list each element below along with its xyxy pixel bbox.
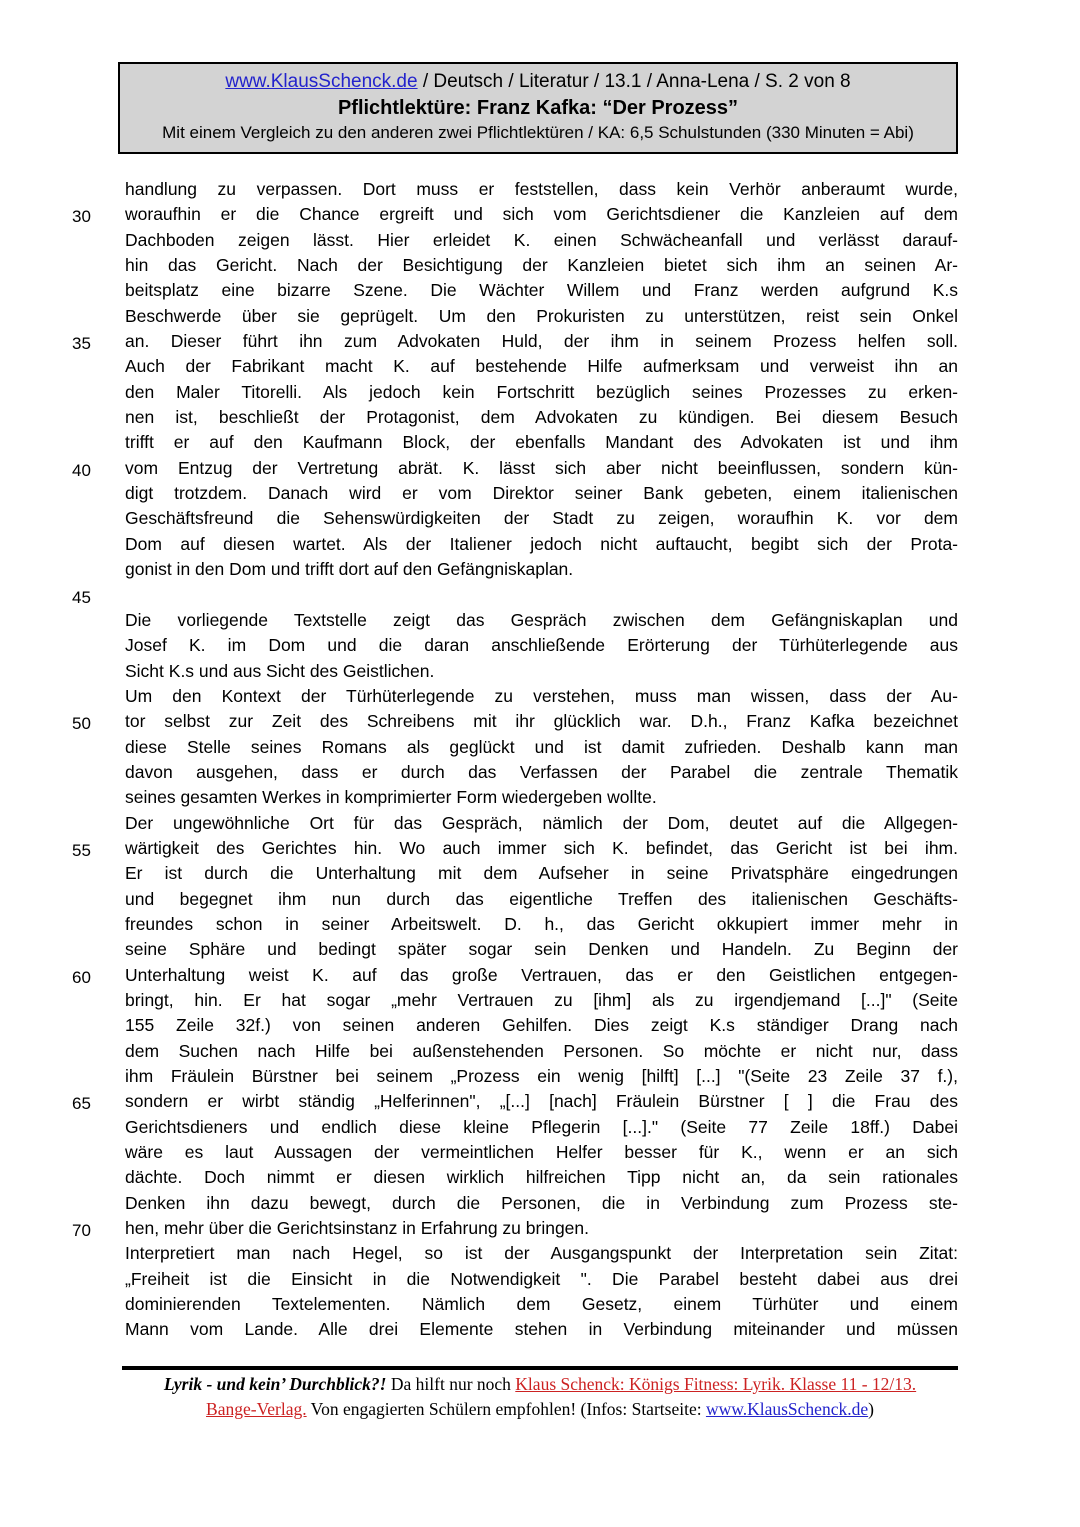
footer-mid-text: Von engagierten Schülern empfohlen! (Inf… <box>307 1399 706 1419</box>
body-line-row: 65sondern er wirbt ständig „Helferinnen"… <box>0 1089 1080 1114</box>
body-line-text: handlung zu verpassen. Dort muss er fest… <box>125 177 958 202</box>
line-number: 50 <box>72 711 91 736</box>
body-line-row: 30woraufhin er die Chance ergreift und s… <box>0 202 1080 227</box>
body-line-row: 155 Zeile 32f.) von seinen anderen Gehil… <box>0 1013 1080 1038</box>
body-line-text: wäre es laut Aussagen der vermeintlichen… <box>125 1140 958 1165</box>
body-line-row: 70hen, mehr über die Gerichtsinstanz in … <box>0 1216 1080 1241</box>
line-number: 60 <box>72 965 91 990</box>
body-line-text: wärtigkeit des Gerichtes hin. Wo auch im… <box>125 836 958 861</box>
body-line-row: dominierenden Textelementen. Nämlich dem… <box>0 1292 1080 1317</box>
body-line-text: dächte. Doch nimmt er diesen wirklich hi… <box>125 1165 958 1190</box>
body-line-row: bringt, hin. Er hat sogar „mehr Vertraue… <box>0 988 1080 1013</box>
body-line-row: dem Suchen nach Hilfe bei außenstehenden… <box>0 1039 1080 1064</box>
body-line-row: seine Sphäre und bedingt später sogar se… <box>0 937 1080 962</box>
body-line-text: den Maler Titorelli. Als jedoch kein For… <box>125 380 958 405</box>
body-line-text: Beschwerde über sie geprügelt. Um den Pr… <box>125 304 958 329</box>
body-line-text <box>125 583 958 608</box>
body-line-text: seine Sphäre und bedingt später sogar se… <box>125 937 958 962</box>
body-line-text: Dachboden zeigen lässt. Hier erleidet K.… <box>125 228 958 253</box>
body-line-text: Unterhaltung weist K. auf das große Vert… <box>125 963 958 988</box>
body-line-text: tor selbst zur Zeit des Schreibens mit i… <box>125 709 958 734</box>
body-line-text: dem Suchen nach Hilfe bei außenstehenden… <box>125 1039 958 1064</box>
body-line-text: Er ist durch die Unterhaltung mit dem Au… <box>125 861 958 886</box>
body-line-text: Gerichtsdieners und endlich diese kleine… <box>125 1115 958 1140</box>
body-line-row: Josef K. im Dom und die daran anschließe… <box>0 633 1080 658</box>
footer-lead-title: Lyrik - und kein’ Durchblick?! <box>164 1374 387 1394</box>
body-line-text: hin das Gericht. Nach der Besichtigung d… <box>125 253 958 278</box>
body-line-text: 155 Zeile 32f.) von seinen anderen Gehil… <box>125 1013 958 1038</box>
header-box: www.KlausSchenck.de / Deutsch / Literatu… <box>118 62 958 154</box>
body-line-row: 45 <box>0 583 1080 608</box>
body-line-row: Die vorliegende Textstelle zeigt das Ges… <box>0 608 1080 633</box>
body-line-text: hen, mehr über die Gerichtsinstanz in Er… <box>125 1216 958 1241</box>
footer-website-link[interactable]: www.KlausSchenck.de <box>706 1399 868 1419</box>
line-number: 35 <box>72 331 91 356</box>
body-line-row: freundes schon in seiner Arbeitswelt. D.… <box>0 912 1080 937</box>
body-line-text: freundes schon in seiner Arbeitswelt. D.… <box>125 912 958 937</box>
body-line-row: Dom auf diesen wartet. Als der Italiener… <box>0 532 1080 557</box>
body-line-row: gonist in den Dom und trifft dort auf de… <box>0 557 1080 582</box>
body-line-row: und begegnet ihm nun durch das eigentlic… <box>0 887 1080 912</box>
footer-red-link-verlag[interactable]: Bange-Verlag. <box>206 1399 307 1419</box>
footer-ad: Lyrik - und kein’ Durchblick?! Da hilft … <box>122 1372 958 1422</box>
body-line-row: 50tor selbst zur Zeit des Schreibens mit… <box>0 709 1080 734</box>
body-line-text: seines gesamten Werkes in komprimierter … <box>125 785 958 810</box>
body-line-text: beitsplatz eine bizarre Szene. Die Wächt… <box>125 278 958 303</box>
body-line-row: davon ausgehen, dass er durch das Verfas… <box>0 760 1080 785</box>
body-line-text: Der ungewöhnliche Ort für das Gespräch, … <box>125 811 958 836</box>
header-breadcrumb: www.KlausSchenck.de / Deutsch / Literatu… <box>122 69 954 95</box>
body-line-text: gonist in den Dom und trifft dort auf de… <box>125 557 958 582</box>
footer-red-link-fitness[interactable]: Klaus Schenck: Königs Fitness: Lyrik. Kl… <box>515 1374 916 1394</box>
body-line-row: Mann vom Lande. Alle drei Elemente stehe… <box>0 1317 1080 1342</box>
body-text: handlung zu verpassen. Dort muss er fest… <box>0 177 1080 1343</box>
body-line-text: Auch der Fabrikant macht K. auf bestehen… <box>125 354 958 379</box>
body-line-text: Sicht K.s und aus Sicht des Geistlichen. <box>125 659 958 684</box>
body-line-text: woraufhin er die Chance ergreift und sic… <box>125 202 958 227</box>
body-line-text: Denken ihn dazu bewegt, durch die Person… <box>125 1191 958 1216</box>
body-line-text: und begegnet ihm nun durch das eigentlic… <box>125 887 958 912</box>
body-line-text: diese Stelle seines Romans als geglückt … <box>125 735 958 760</box>
body-line-row: 40vom Entzug der Vertretung abrät. K. lä… <box>0 456 1080 481</box>
header-breadcrumb-rest: / Deutsch / Literatur / 13.1 / Anna-Lena… <box>418 71 851 92</box>
body-line-row: hin das Gericht. Nach der Besichtigung d… <box>0 253 1080 278</box>
footer-lead-rest: Da hilft nur noch <box>387 1374 516 1394</box>
body-line-text: sondern er wirbt ständig „Helferinnen", … <box>125 1089 958 1114</box>
body-line-text: Um den Kontext der Türhüterlegende zu ve… <box>125 684 958 709</box>
body-line-row: wäre es laut Aussagen der vermeintlichen… <box>0 1140 1080 1165</box>
body-line-text: Dom auf diesen wartet. Als der Italiener… <box>125 532 958 557</box>
line-number: 30 <box>72 204 91 229</box>
body-line-row: diese Stelle seines Romans als geglückt … <box>0 735 1080 760</box>
body-line-row: Denken ihn dazu bewegt, durch die Person… <box>0 1191 1080 1216</box>
body-line-row: „Freiheit ist die Einsicht in die Notwen… <box>0 1267 1080 1292</box>
body-line-row: dächte. Doch nimmt er diesen wirklich hi… <box>0 1165 1080 1190</box>
body-line-row: Auch der Fabrikant macht K. auf bestehen… <box>0 354 1080 379</box>
body-line-row: Sicht K.s und aus Sicht des Geistlichen. <box>0 659 1080 684</box>
body-line-row: Beschwerde über sie geprügelt. Um den Pr… <box>0 304 1080 329</box>
body-line-row: trifft er auf den Kaufmann Block, der eb… <box>0 430 1080 455</box>
body-line-row: seines gesamten Werkes in komprimierter … <box>0 785 1080 810</box>
body-line-row: 35an. Dieser führt ihn zum Advokaten Hul… <box>0 329 1080 354</box>
body-line-text: an. Dieser führt ihn zum Advokaten Huld,… <box>125 329 958 354</box>
body-line-text: trifft er auf den Kaufmann Block, der eb… <box>125 430 958 455</box>
body-line-text: Mann vom Lande. Alle drei Elemente stehe… <box>125 1317 958 1342</box>
body-line-row: Dachboden zeigen lässt. Hier erleidet K.… <box>0 228 1080 253</box>
body-line-row: ihm Fräulein Bürstner bei seinem „Prozes… <box>0 1064 1080 1089</box>
line-number: 40 <box>72 458 91 483</box>
body-line-text: Josef K. im Dom und die daran anschließe… <box>125 633 958 658</box>
header-title: Pflichtlektüre: Franz Kafka: “Der Prozes… <box>122 95 954 121</box>
body-line-text: Geschäftsfreund die Sehenswürdigkeiten d… <box>125 506 958 531</box>
header-subtitle: Mit einem Vergleich zu den anderen zwei … <box>122 121 954 145</box>
body-line-text: „Freiheit ist die Einsicht in die Notwen… <box>125 1267 958 1292</box>
body-line-row: Der ungewöhnliche Ort für das Gespräch, … <box>0 811 1080 836</box>
body-line-text: davon ausgehen, dass er durch das Verfas… <box>125 760 958 785</box>
line-number: 70 <box>72 1218 91 1243</box>
body-line-text: nen ist, beschließt der Protagonist, dem… <box>125 405 958 430</box>
body-line-row: 55wärtigkeit des Gerichtes hin. Wo auch … <box>0 836 1080 861</box>
body-line-row: 60Unterhaltung weist K. auf das große Ve… <box>0 963 1080 988</box>
body-line-row: Um den Kontext der Türhüterlegende zu ve… <box>0 684 1080 709</box>
document-page: www.KlausSchenck.de / Deutsch / Literatu… <box>0 0 1080 1527</box>
body-line-row: den Maler Titorelli. Als jedoch kein For… <box>0 380 1080 405</box>
footer-close-paren: ) <box>868 1399 874 1419</box>
body-line-row: handlung zu verpassen. Dort muss er fest… <box>0 177 1080 202</box>
body-line-row: Er ist durch die Unterhaltung mit dem Au… <box>0 861 1080 886</box>
body-line-text: bringt, hin. Er hat sogar „mehr Vertraue… <box>125 988 958 1013</box>
body-line-text: ihm Fräulein Bürstner bei seinem „Prozes… <box>125 1064 958 1089</box>
body-line-text: vom Entzug der Vertretung abrät. K. läss… <box>125 456 958 481</box>
body-line-row: digt trotzdem. Danach wird er vom Direkt… <box>0 481 1080 506</box>
body-line-text: Die vorliegende Textstelle zeigt das Ges… <box>125 608 958 633</box>
header-website-link[interactable]: www.KlausSchenck.de <box>225 71 417 92</box>
body-line-row: Interpretiert man nach Hegel, so ist der… <box>0 1241 1080 1266</box>
body-line-text: Interpretiert man nach Hegel, so ist der… <box>125 1241 958 1266</box>
line-number: 55 <box>72 838 91 863</box>
footer-divider <box>122 1366 958 1370</box>
line-number: 65 <box>72 1091 91 1116</box>
line-number: 45 <box>72 585 91 610</box>
body-line-row: Gerichtsdieners und endlich diese kleine… <box>0 1115 1080 1140</box>
body-line-text: digt trotzdem. Danach wird er vom Direkt… <box>125 481 958 506</box>
body-line-row: Geschäftsfreund die Sehenswürdigkeiten d… <box>0 506 1080 531</box>
body-line-row: beitsplatz eine bizarre Szene. Die Wächt… <box>0 278 1080 303</box>
body-line-row: nen ist, beschließt der Protagonist, dem… <box>0 405 1080 430</box>
body-line-text: dominierenden Textelementen. Nämlich dem… <box>125 1292 958 1317</box>
